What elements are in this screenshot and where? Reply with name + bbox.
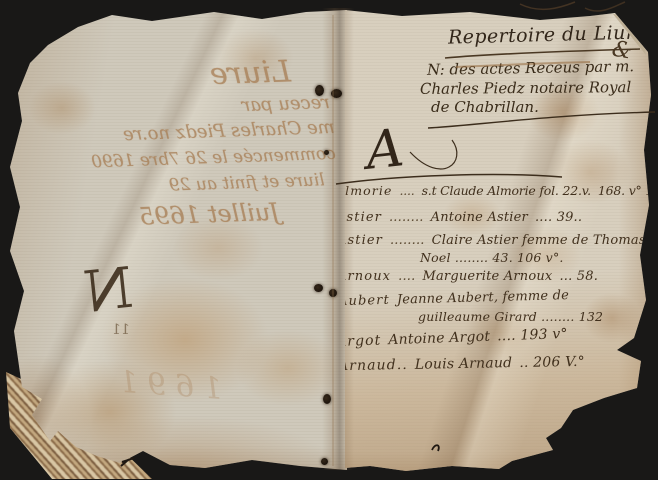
- index-entry-continuation: guilleaume Girard ........ 132: [418, 309, 610, 324]
- entry-name: Arnoux: [337, 269, 391, 284]
- stitch-hole: [314, 284, 323, 292]
- stitch-hole: [315, 85, 324, 96]
- stitch-hole: [324, 150, 329, 155]
- ink-small-mark: 11: [112, 322, 130, 338]
- entry-folio: 168. v° 170..: [598, 183, 658, 198]
- bleedthrough-text: Liure receu par me Charles Piedz no.re c…: [34, 51, 339, 281]
- entry-dots: ....: [399, 183, 414, 198]
- entry-folio: .... 193 v°: [497, 326, 568, 344]
- top-edge-flourish: [585, 2, 625, 11]
- entry-continuation: guilleaume Girard ........ 132: [418, 309, 603, 324]
- header-line-2: Charles Piedz notaire Royal: [420, 78, 631, 98]
- entry-person: Marguerite Arnoux: [422, 269, 552, 284]
- stitch-hole: [329, 289, 337, 297]
- entry-continuation: Noel ........ 43. 106 v°.: [420, 250, 564, 265]
- header-line-1: N: des actes Receus par m.: [427, 57, 634, 79]
- stitch-hole: [321, 458, 328, 465]
- entry-dots: ........: [390, 233, 425, 248]
- entry-person: Louis Arnaud: [415, 355, 513, 373]
- index-entry: Arnoux....Marguerite Arnoux... 58.: [337, 269, 598, 284]
- index-entry: Astier........Claire Astier femme de Tho…: [337, 233, 653, 248]
- entry-name: Arnaud..: [338, 357, 408, 374]
- section-letter-a: A: [363, 118, 407, 182]
- index-entry: Astier........Antoine Astier.... 39..: [336, 210, 582, 225]
- entry-name: Aubert: [338, 293, 390, 309]
- entry-folio: ... 58.: [559, 269, 598, 284]
- entry-person: s.t Claude Almorie fol. 22.v.: [422, 183, 591, 198]
- index-entry-continuation: Noel ........ 43. 106 v°.: [420, 250, 571, 265]
- stitch-hole: [331, 89, 342, 98]
- index-entry: Almorie....s.t Claude Almorie fol. 22.v.…: [335, 183, 658, 198]
- entry-folio: .... 39..: [535, 210, 582, 225]
- ink-n-mark: N: [81, 256, 137, 326]
- stitch-hole: [323, 394, 331, 404]
- header-line-3: de Chabrillan.: [431, 98, 539, 116]
- entry-person: Antoine Astier: [431, 210, 528, 225]
- entry-dots: ........: [389, 210, 424, 225]
- entry-person: Claire Astier femme de Thomas: [432, 233, 646, 248]
- entry-folio: .. 206 V.°: [519, 354, 585, 371]
- entry-dots: ....: [398, 269, 415, 284]
- top-edge-flourish: [520, 2, 575, 9]
- manuscript-spread: Liure receu par me Charles Piedz no.re c…: [0, 0, 658, 480]
